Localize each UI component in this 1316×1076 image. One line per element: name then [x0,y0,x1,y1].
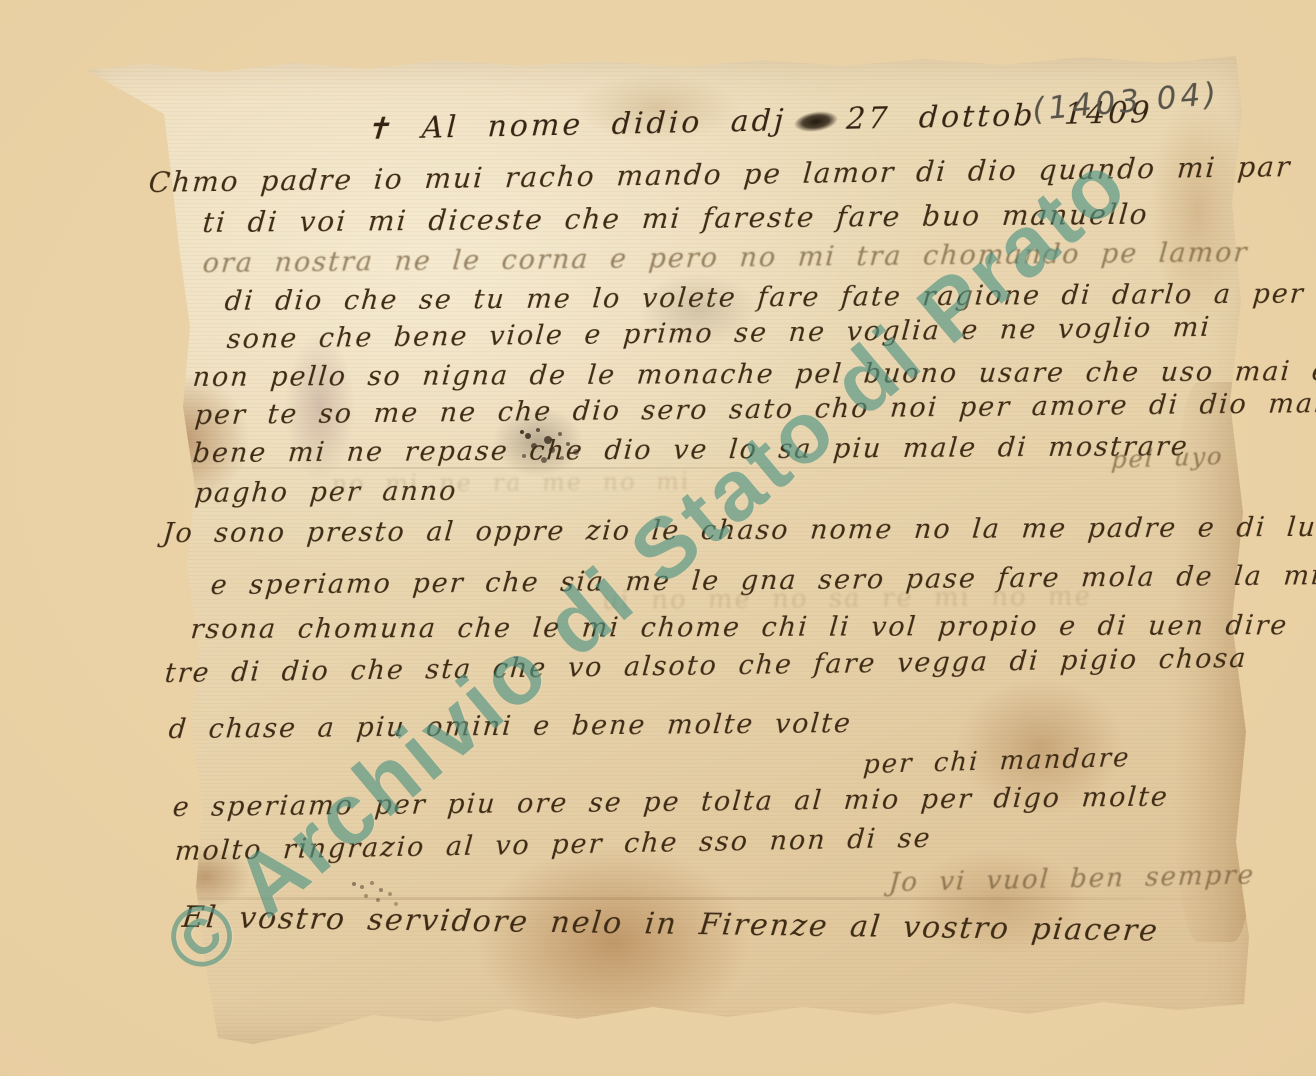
manuscript-line: per te so me ne che dio sero sato cho no… [194,388,1316,431]
ink-blot [794,109,839,134]
manuscript-line: Chmo padre io mui racho mando pe lamor d… [148,150,1293,199]
manuscript-line: pel uyo [1111,442,1225,474]
manuscript-line: ti di voi mi diceste che mi fareste fare… [201,198,1150,239]
manuscript-line: El vostro servidore nelo in Firenze al v… [180,900,1160,949]
manuscript-line: Jo vi vuol ben sempre [888,860,1256,898]
manuscript-line: ora nostra ne le corna e pero no mi tra … [202,237,1250,279]
handwriting-layer: ✝ Al nome didio adj27 dottob 1409 (1403 … [0,0,1316,1076]
heading-cross: ✝ [364,111,394,147]
bleedthrough-text: ui no me no sa re mi no me [600,582,1093,616]
manuscript-line: per chi mandare [862,743,1131,780]
manuscript-line: Jo sono presto al oppre zio le chaso nom… [161,512,1316,549]
manuscript-line: d chase a piu omini e bene molte volte [168,708,854,745]
manuscript-line: molto ringrazio al vo per che sso non di… [174,823,933,867]
heading-opening: Al nome didio adj [421,103,787,146]
manuscript-line: rsona chomuna che le mi chome chi li vol… [189,610,1289,645]
manuscript-line: non pello so nigna de le monache pel buo… [191,356,1316,393]
bleedthrough-text: no mi ne ra me no mi [330,467,692,497]
manuscript-line: di dio che se tu me lo volete fare fate … [224,278,1307,317]
manuscript-line: tre di dio che sta che vo alsoto che far… [164,643,1249,689]
manuscript-line: e speriamo per piu ore se pe tolta al mi… [172,782,1171,823]
manuscript-line: bene mi ne repase che dio ve lo sa piu m… [192,431,1191,469]
scanned-letter-photo: ✝ Al nome didio adj27 dottob 1409 (1403 … [0,0,1316,1076]
manuscript-line: sone che bene viole e primo se ne voglia… [226,312,1213,355]
